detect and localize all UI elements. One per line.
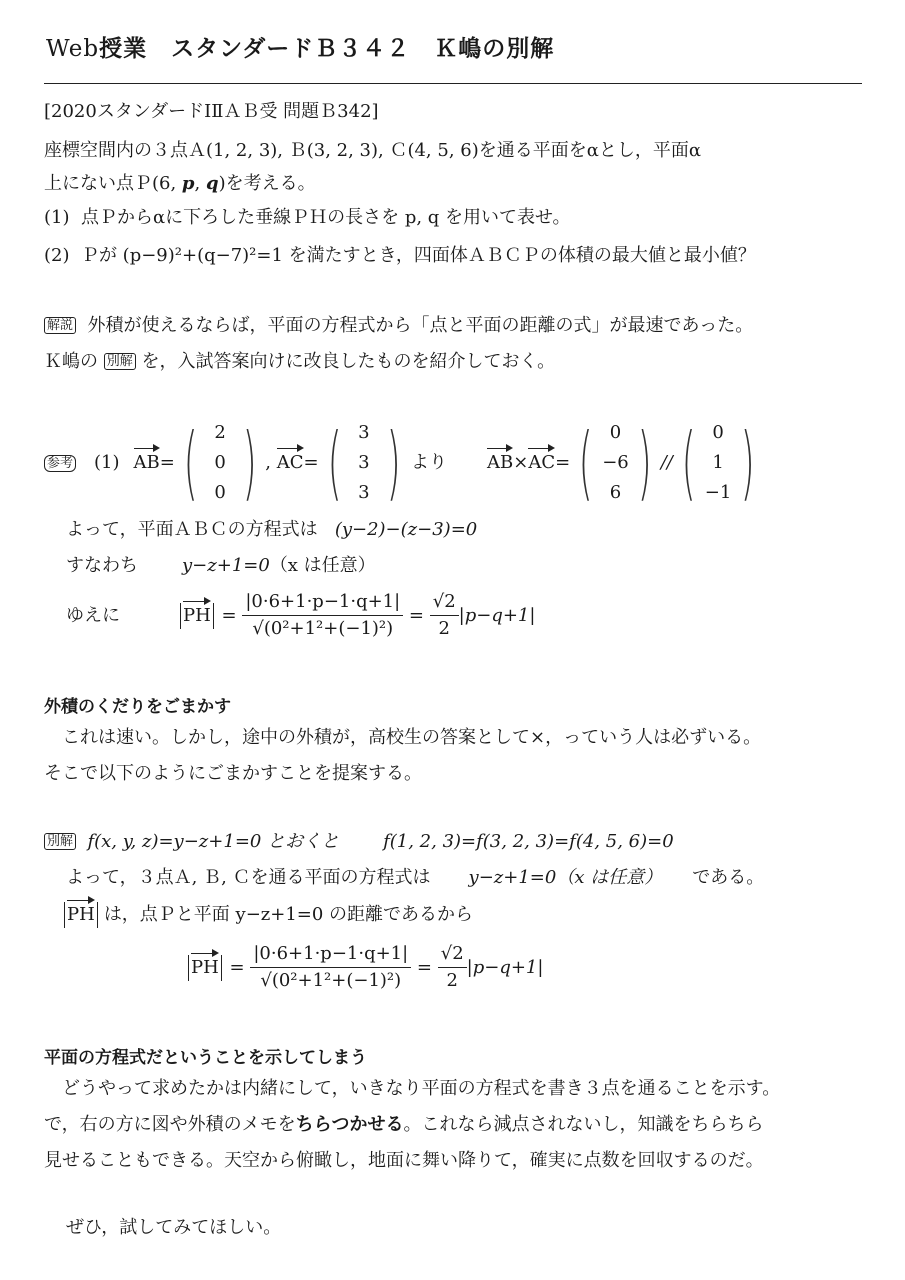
alt-solution-label: 別解: [104, 353, 136, 370]
plane-equation-line: よって，平面ＡＢＣの方程式は (y−2)−(z−3)=0: [66, 518, 477, 542]
function-check: f(1, 2, 3)=f(3, 2, 3)=f(4, 5, 6)=0: [383, 831, 674, 852]
commentary-label: 解説: [44, 317, 76, 334]
text: よって，３点Ａ, Ｂ, Ｃを通る平面の方程式は: [66, 867, 431, 888]
reference-vectors: 参考 (1) AB= ( 200 ) , AC= ( 333 ) より AB×A…: [44, 418, 763, 508]
text: は，点Ｐと平面 y−z+1=0 の距離であるから: [104, 903, 473, 927]
distance-fraction: |0·6+1·p−1·q+1|√(0²+1²+(−1)²): [242, 590, 403, 641]
vector-ph: PH: [67, 903, 95, 927]
statement-text: ,: [195, 173, 206, 194]
alt-solution-line1: 別解 f(x, y, z)=y−z+1=0 とおくとf(1, 2, 3)=f(3…: [44, 830, 674, 854]
problem-source: [2020スタンダードⅠⅡＡＢ受 問題Ｂ342]: [44, 100, 379, 124]
statement-text: )を考える。: [219, 173, 316, 194]
distance-formula-1: ゆえに PH = |0·6+1·p−1·q+1|√(0²+1²+(−1)²) =…: [66, 590, 535, 641]
section-heading: 平面の方程式だということを示してしまう: [44, 1043, 367, 1068]
function-def: f(x, y, z)=y−z+1=0 とおくと: [87, 831, 339, 852]
plane-equation: y−z+1=0: [182, 555, 270, 576]
title-prefix: Web: [46, 36, 99, 62]
text: 。これなら減点されないし，知識をちらちら: [403, 1114, 763, 1135]
commentary-text: Ｋ嶋の: [44, 351, 98, 372]
cross-right: AC: [528, 451, 555, 475]
result-abs: |p−q+1|: [467, 956, 544, 980]
alt-solution-line3: PH は，点Ｐと平面 y−z+1=0 の距離であるから: [62, 902, 473, 928]
reference-label: 参考: [44, 455, 76, 472]
text: よって，平面ＡＢＣの方程式は: [66, 519, 318, 540]
vector-ab: AB: [134, 451, 160, 475]
result-abs: |p−q+1|: [459, 604, 536, 628]
vector-ph: PH: [191, 956, 219, 980]
alt-solution-label: 別解: [44, 833, 76, 850]
text: である。: [692, 867, 764, 888]
plane-equation: y−z+1=0（x は任意）: [469, 867, 663, 888]
commentary-line1: 解説 外積が使えるならば，平面の方程式から「点と平面の距離の式」が最速であった。: [44, 314, 753, 338]
text: で，右の方に図や外積のメモを: [44, 1114, 296, 1135]
title-divider: [44, 83, 862, 84]
text: ゆえに: [66, 604, 120, 628]
cross-operator: ×: [513, 451, 528, 475]
cross-product-vector: ( 0−66 ): [570, 418, 660, 508]
reference-part: (1): [94, 451, 120, 475]
yori-text: より: [411, 451, 447, 475]
ac-column-vector: ( 333 ): [319, 418, 409, 508]
parallel-symbol: //: [661, 451, 673, 475]
problem-statement-line2: 上にない点Ｐ(6, p, q)を考える。: [44, 172, 316, 196]
vector-ph: PH: [183, 604, 211, 628]
commentary-line2: Ｋ嶋の 別解 を，入試答案向けに改良したものを紹介しておく。: [44, 350, 555, 374]
question-number: (1): [44, 207, 70, 228]
statement-text: 上にない点Ｐ(6,: [44, 173, 182, 194]
var-p: p: [182, 173, 195, 194]
emphasis-text: ちらつかせる: [296, 1114, 404, 1135]
question-text: 点Ｐからαに下ろした垂線ＰＨの長さを p, q を用いて表せ。: [81, 207, 571, 228]
var-q: q: [206, 173, 219, 194]
section2-line2: で，右の方に図や外積のメモをちらつかせる。これなら減点されないし，知識をちらちら: [44, 1113, 763, 1137]
page-title: Web授業 スタンダードＢ３４２ Ｋ嶋の別解: [46, 30, 554, 63]
closing-text: ぜひ，試してみてほしい。: [66, 1216, 281, 1240]
alt-solution-line2: よって，３点Ａ, Ｂ, Ｃを通る平面の方程式はy−z+1=0（x は任意）である…: [66, 866, 764, 890]
ab-column-vector: ( 200 ): [175, 418, 265, 508]
section1-line1: これは速い。しかし，途中の外積が，高校生の答案として×，っていう人は必ずいる。: [44, 726, 761, 750]
cross-left: AB: [487, 451, 513, 475]
question-1: (1) 点Ｐからαに下ろした垂線ＰＨの長さを p, q を用いて表せ。: [44, 206, 571, 230]
distance-formula-2: PH = |0·6+1·p−1·q+1|√(0²+1²+(−1)²) = √22…: [186, 942, 543, 993]
problem-statement-line1: 座標空間内の３点Ａ(1, 2, 3), Ｂ(3, 2, 3), Ｃ(4, 5, …: [44, 139, 701, 163]
text: すなわち: [66, 555, 138, 576]
text: （x は任意）: [270, 555, 376, 576]
section2-line3: 見せることもできる。天空から俯瞰し，地面に舞い降りて，確実に点数を回収するのだ。: [44, 1149, 764, 1173]
result-fraction: √22: [438, 942, 467, 993]
question-text: Ｐが (p−9)²+(q−7)²=1 を満たすとき，四面体ＡＢＣＰの体積の最大値…: [81, 245, 756, 266]
normal-vector: ( 01−1 ): [673, 418, 763, 508]
question-number: (2): [44, 245, 70, 266]
commentary-text: 外積が使えるならば，平面の方程式から「点と平面の距離の式」が最速であった。: [87, 315, 753, 336]
result-fraction: √22: [430, 590, 459, 641]
title-main: 授業 スタンダードＢ３４２ Ｋ嶋の別解: [99, 36, 554, 62]
section-heading: 外積のくだりをごまかす: [44, 692, 231, 717]
section1-line2: そこで以下のようにごまかすことを提案する。: [44, 762, 422, 786]
section2-line1: どうやって求めたかは内緒にして，いきなり平面の方程式を書き３点を通ることを示す。: [44, 1077, 780, 1101]
distance-fraction: |0·6+1·p−1·q+1|√(0²+1²+(−1)²): [250, 942, 411, 993]
commentary-text: を，入試答案向けに改良したものを紹介しておく。: [141, 351, 555, 372]
question-2: (2) Ｐが (p−9)²+(q−7)²=1 を満たすとき，四面体ＡＢＣＰの体積…: [44, 244, 756, 268]
vector-ac: AC: [277, 451, 304, 475]
simplified-plane-line: すなわちy−z+1=0（x は任意）: [66, 554, 376, 578]
plane-equation: (y−2)−(z−3)=0: [335, 519, 477, 540]
